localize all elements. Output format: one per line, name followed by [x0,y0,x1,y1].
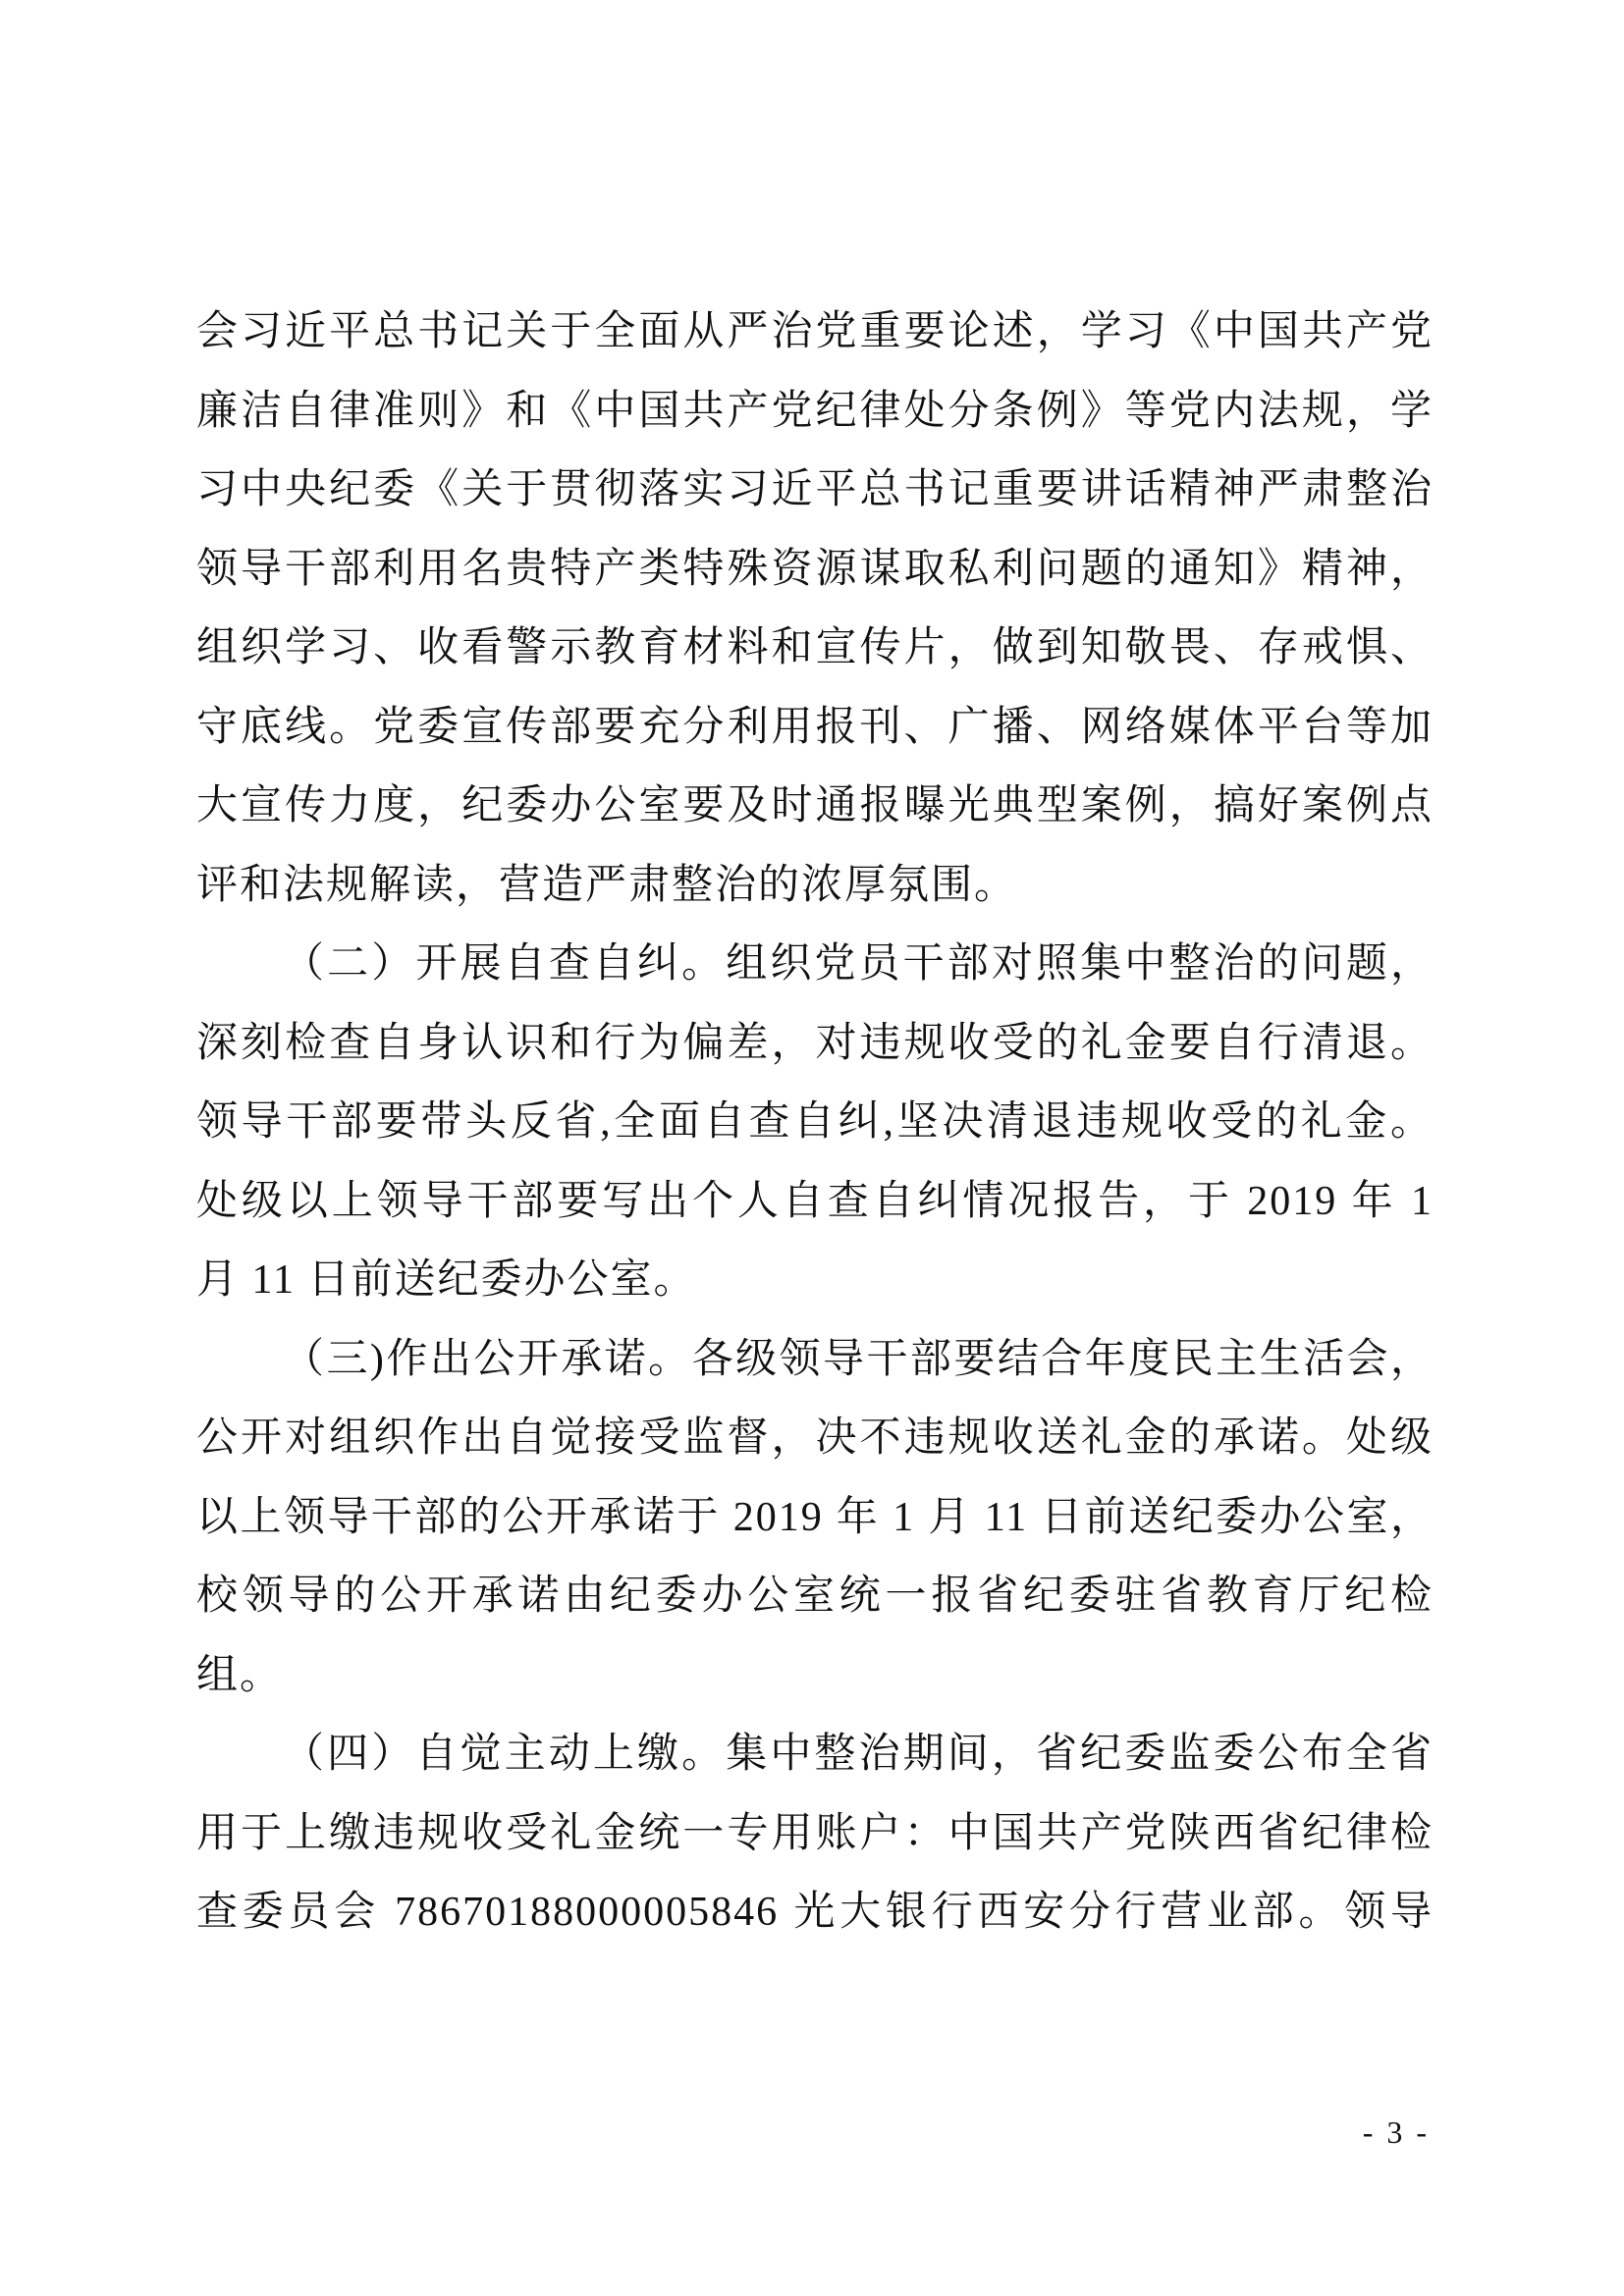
document-text-block: 会习近平总书记关于全面从严治党重要论述，学习《中国共产党廉洁自律准则》和《中国共… [196,293,1434,1952]
text-line: 评和法规解读，营造严肃整治的浓厚氛围。 [196,846,1434,926]
text-line: 大宣传力度，纪委办公室要及时通报曝光典型案例，搞好案例点 [196,767,1434,846]
text-line: 月 11 日前送纪委办公室。 [196,1241,1434,1320]
text-line: （二）开展自查自纠。组织党员干部对照集中整治的问题， [196,925,1434,1004]
text-line: 以上领导干部的公开承诺于 2019 年 1 月 11 日前送纪委办公室， [196,1478,1434,1558]
text-line: 处级以上领导干部要写出个人自查自纠情况报告，于 2019 年 1 [196,1162,1434,1242]
text-line: 公开对组织作出自觉接受监督，决不违规收送礼金的承诺。处级 [196,1399,1434,1478]
text-line: 校领导的公开承诺由纪委办公室统一报省纪委驻省教育厅纪检 [196,1557,1434,1636]
text-line: （三)作出公开承诺。各级领导干部要结合年度民主生活会， [196,1320,1434,1400]
text-line: 领导干部要带头反省,全面自查自纠,坚决清退违规收受的礼金。 [196,1083,1434,1162]
text-line: （四）自觉主动上缴。集中整治期间，省纪委监委公布全省 [196,1715,1434,1794]
text-line: 深刻检查自身认识和行为偏差，对违规收受的礼金要自行清退。 [196,1004,1434,1084]
text-line: 守底线。党委宣传部要充分利用报刊、广播、网络媒体平台等加 [196,688,1434,768]
text-line: 习中央纪委《关于贯彻落实习近平总书记重要讲话精神严肃整治 [196,451,1434,530]
document-page: 会习近平总书记关于全面从严治党重要论述，学习《中国共产党廉洁自律准则》和《中国共… [0,0,1624,2296]
text-line: 查委员会 78670188000005846 光大银行西安分行营业部。领导 [196,1873,1434,1952]
text-line: 会习近平总书记关于全面从严治党重要论述，学习《中国共产党 [196,293,1434,372]
text-line: 廉洁自律准则》和《中国共产党纪律处分条例》等党内法规，学 [196,372,1434,452]
text-line: 组织学习、收看警示教育材料和宣传片，做到知敬畏、存戒惧、 [196,609,1434,688]
text-line: 领导干部利用名贵特产类特殊资源谋取私利问题的通知》精神， [196,530,1434,610]
text-line: 用于上缴违规收受礼金统一专用账户：中国共产党陕西省纪律检 [196,1794,1434,1874]
text-line: 组。 [196,1636,1434,1716]
footer-page-number: - 3 - [1363,2112,1430,2152]
